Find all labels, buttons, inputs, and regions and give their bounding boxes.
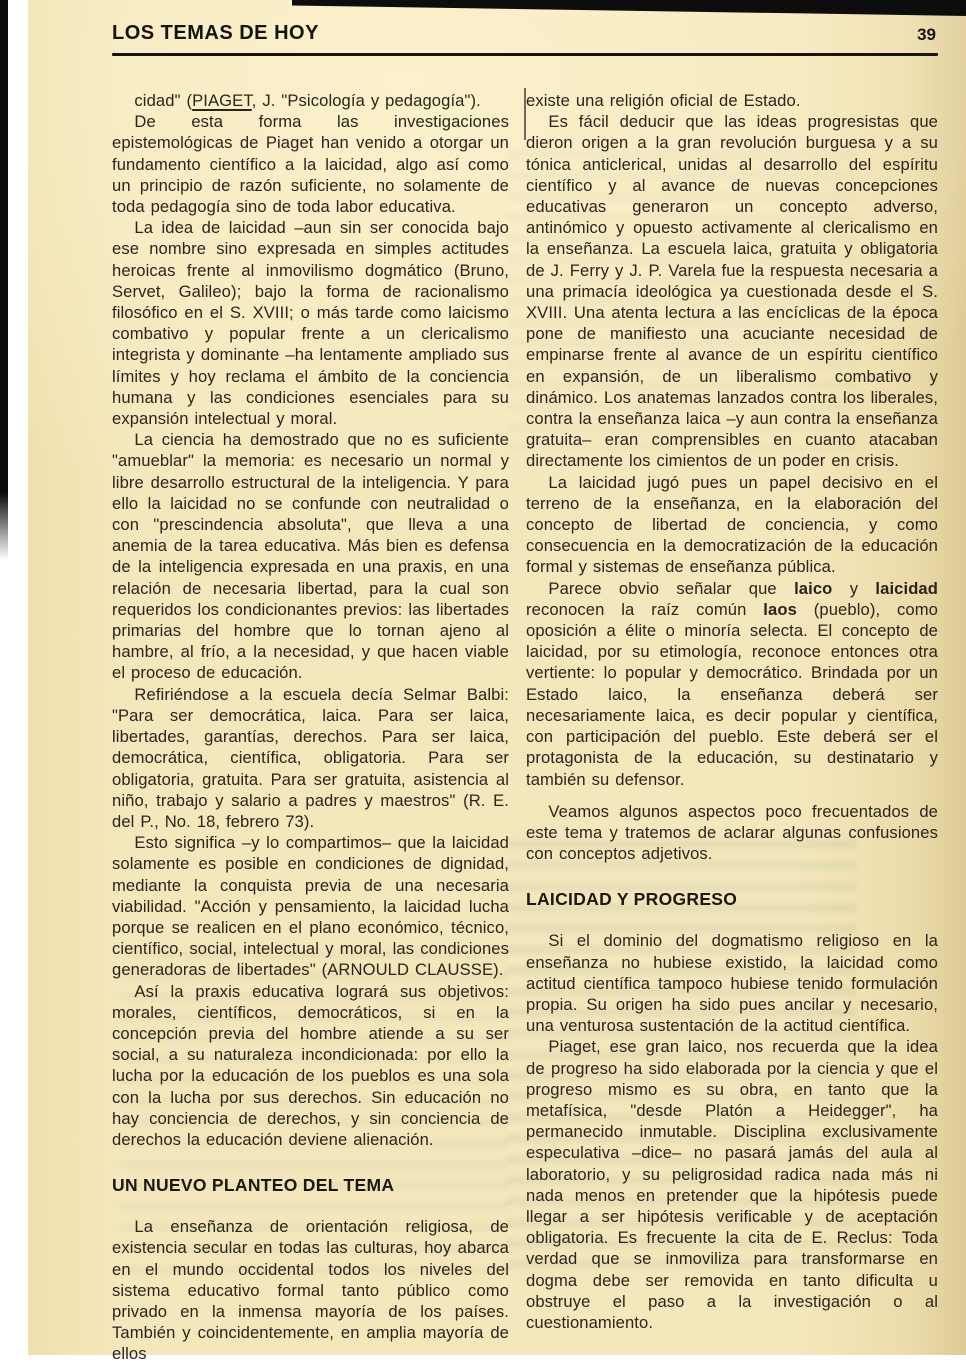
text-run: Si el dominio del dogmatismo religioso e… — [526, 931, 938, 1035]
text-run: Así la praxis educativa logrará sus obje… — [112, 982, 509, 1149]
page-number: 39 — [917, 25, 938, 45]
paragraph: Veamos algunos aspectos poco frecuentado… — [526, 801, 938, 865]
text-run: reconocen la raíz común — [526, 600, 763, 619]
text-run: cidad" ( — [134, 91, 192, 110]
section-heading: LAICIDAD Y PROGRESO — [526, 889, 938, 910]
text-run: Parece obvio señalar que — [548, 579, 794, 598]
text-columns: cidad" (PIAGET, J. "Psicología y pedagog… — [112, 90, 938, 1319]
text-run: laico — [794, 579, 832, 598]
paragraph: existe una religión oficial de Estado. — [526, 90, 938, 111]
paragraph: La enseñanza de orientación religiosa, d… — [112, 1216, 509, 1364]
text-run: Refiriéndose a la escuela decía Selmar B… — [112, 685, 509, 831]
text-run: laicidad — [875, 579, 938, 598]
paragraph: Esto significa –y lo compartimos– que la… — [112, 832, 509, 980]
page-header: LOS TEMAS DE HOY 39 — [112, 22, 938, 45]
paragraph: La laicidad jugó pues un papel decisivo … — [526, 472, 938, 578]
paragraph: Si el dominio del dogmatismo religioso e… — [526, 930, 938, 1036]
paragraph: La ciencia ha demostrado que no es sufic… — [112, 429, 509, 683]
paragraph: Parece obvio señalar que laico y laicida… — [526, 578, 938, 790]
paragraph: Piaget, ese gran laico, nos recuerda que… — [526, 1036, 938, 1333]
text-run: y — [832, 579, 875, 598]
text-run: La enseñanza de orientación religiosa, d… — [112, 1217, 509, 1363]
paragraph: Es fácil deducir que las ideas progresis… — [526, 111, 938, 471]
text-run: Esto significa –y lo compartimos– que la… — [112, 833, 509, 979]
text-run: La laicidad jugó pues un papel decisivo … — [526, 473, 938, 577]
text-run: La idea de laicidad –aun sin ser conocid… — [112, 218, 509, 428]
left-column: cidad" (PIAGET, J. "Psicología y pedagog… — [112, 90, 509, 1319]
paragraph: Refiriéndose a la escuela decía Selmar B… — [112, 684, 509, 832]
text-run: La ciencia ha demostrado que no es sufic… — [112, 430, 509, 682]
text-run: , J. "Psicología y pedagogía"). — [252, 91, 481, 110]
paragraph: cidad" (PIAGET, J. "Psicología y pedagog… — [112, 90, 509, 111]
text-run: existe una religión oficial de Estado. — [526, 91, 801, 110]
paragraph: La idea de laicidad –aun sin ser conocid… — [112, 217, 509, 429]
text-run: Piaget, ese gran laico, nos recuerda que… — [526, 1037, 938, 1332]
text-run: (pueblo), como oposición a élite o minor… — [526, 600, 938, 789]
header-rule — [112, 53, 938, 56]
scanned-document: { "header": { "title": "LOS TEMAS DE HOY… — [0, 0, 966, 1367]
text-run: Veamos algunos aspectos poco frecuentado… — [526, 802, 938, 863]
running-title: LOS TEMAS DE HOY — [112, 22, 319, 45]
paragraph: Así la praxis educativa logrará sus obje… — [112, 981, 509, 1151]
text-run: Es fácil deducir que las ideas progresis… — [526, 112, 938, 470]
text-run: laos — [763, 600, 797, 619]
text-run: PIAGET — [192, 91, 252, 110]
magazine-page: LOS TEMAS DE HOY 39 cidad" (PIAGET, J. "… — [28, 0, 966, 1355]
paragraph: De esta forma las investigaciones episte… — [112, 111, 509, 217]
scan-mark-artifact — [524, 88, 526, 140]
section-heading: UN NUEVO PLANTEO DEL TEMA — [112, 1175, 509, 1196]
text-run: De esta forma las investigaciones episte… — [112, 112, 509, 216]
scanner-edge-artifact — [0, 0, 8, 560]
right-column: existe una religión oficial de Estado.Es… — [526, 90, 938, 1319]
